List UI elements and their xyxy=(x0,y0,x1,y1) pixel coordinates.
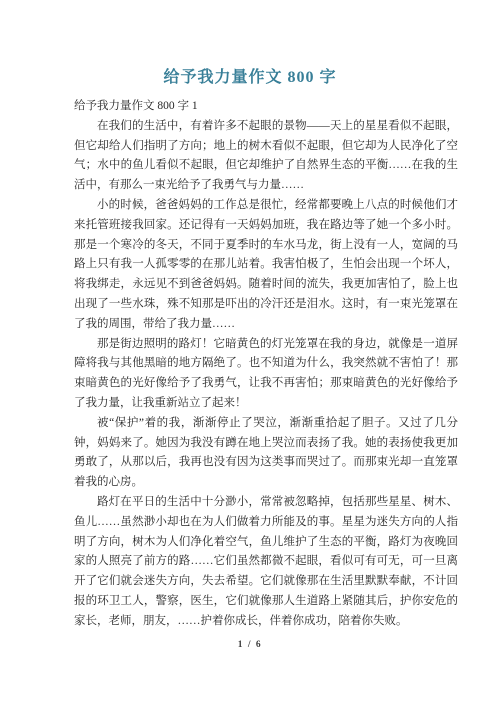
paragraph: 被“保护”着的我，渐渐停止了哭泣，渐渐重拾起了胆子。又过了几分钟，妈妈来了。她因… xyxy=(74,414,458,493)
document-page: 给予我力量作文 800 字 给予我力量作文 800 字 1 在我们的生活中，有着… xyxy=(0,0,500,707)
page-indicator: 1 / 6 xyxy=(0,640,500,650)
paragraph: 在我们的生活中，有着许多不起眼的景物——天上的星星看似不起眼，但它却给人们指明了… xyxy=(74,117,458,196)
document-body: 给予我力量作文 800 字 1 在我们的生活中，有着许多不起眼的景物——天上的星… xyxy=(74,97,458,632)
document-title: 给予我力量作文 800 字 xyxy=(0,66,500,90)
paragraph: 那是街边照明的路灯！它暗黄色的灯光笼罩在我的身边，就像是一道屏障将我与其他黑暗的… xyxy=(74,335,458,414)
paragraph: 小的时候，爸爸妈妈的工作总是很忙，经常都要晚上八点的时候他们才来托管班接我回家。… xyxy=(74,196,458,335)
document-subtitle: 给予我力量作文 800 字 1 xyxy=(74,97,458,117)
paragraph: 路灯在平日的生活中十分渺小，常常被忽略掉，包括那些星星、树木、鱼儿……虽然渺小却… xyxy=(74,493,458,632)
